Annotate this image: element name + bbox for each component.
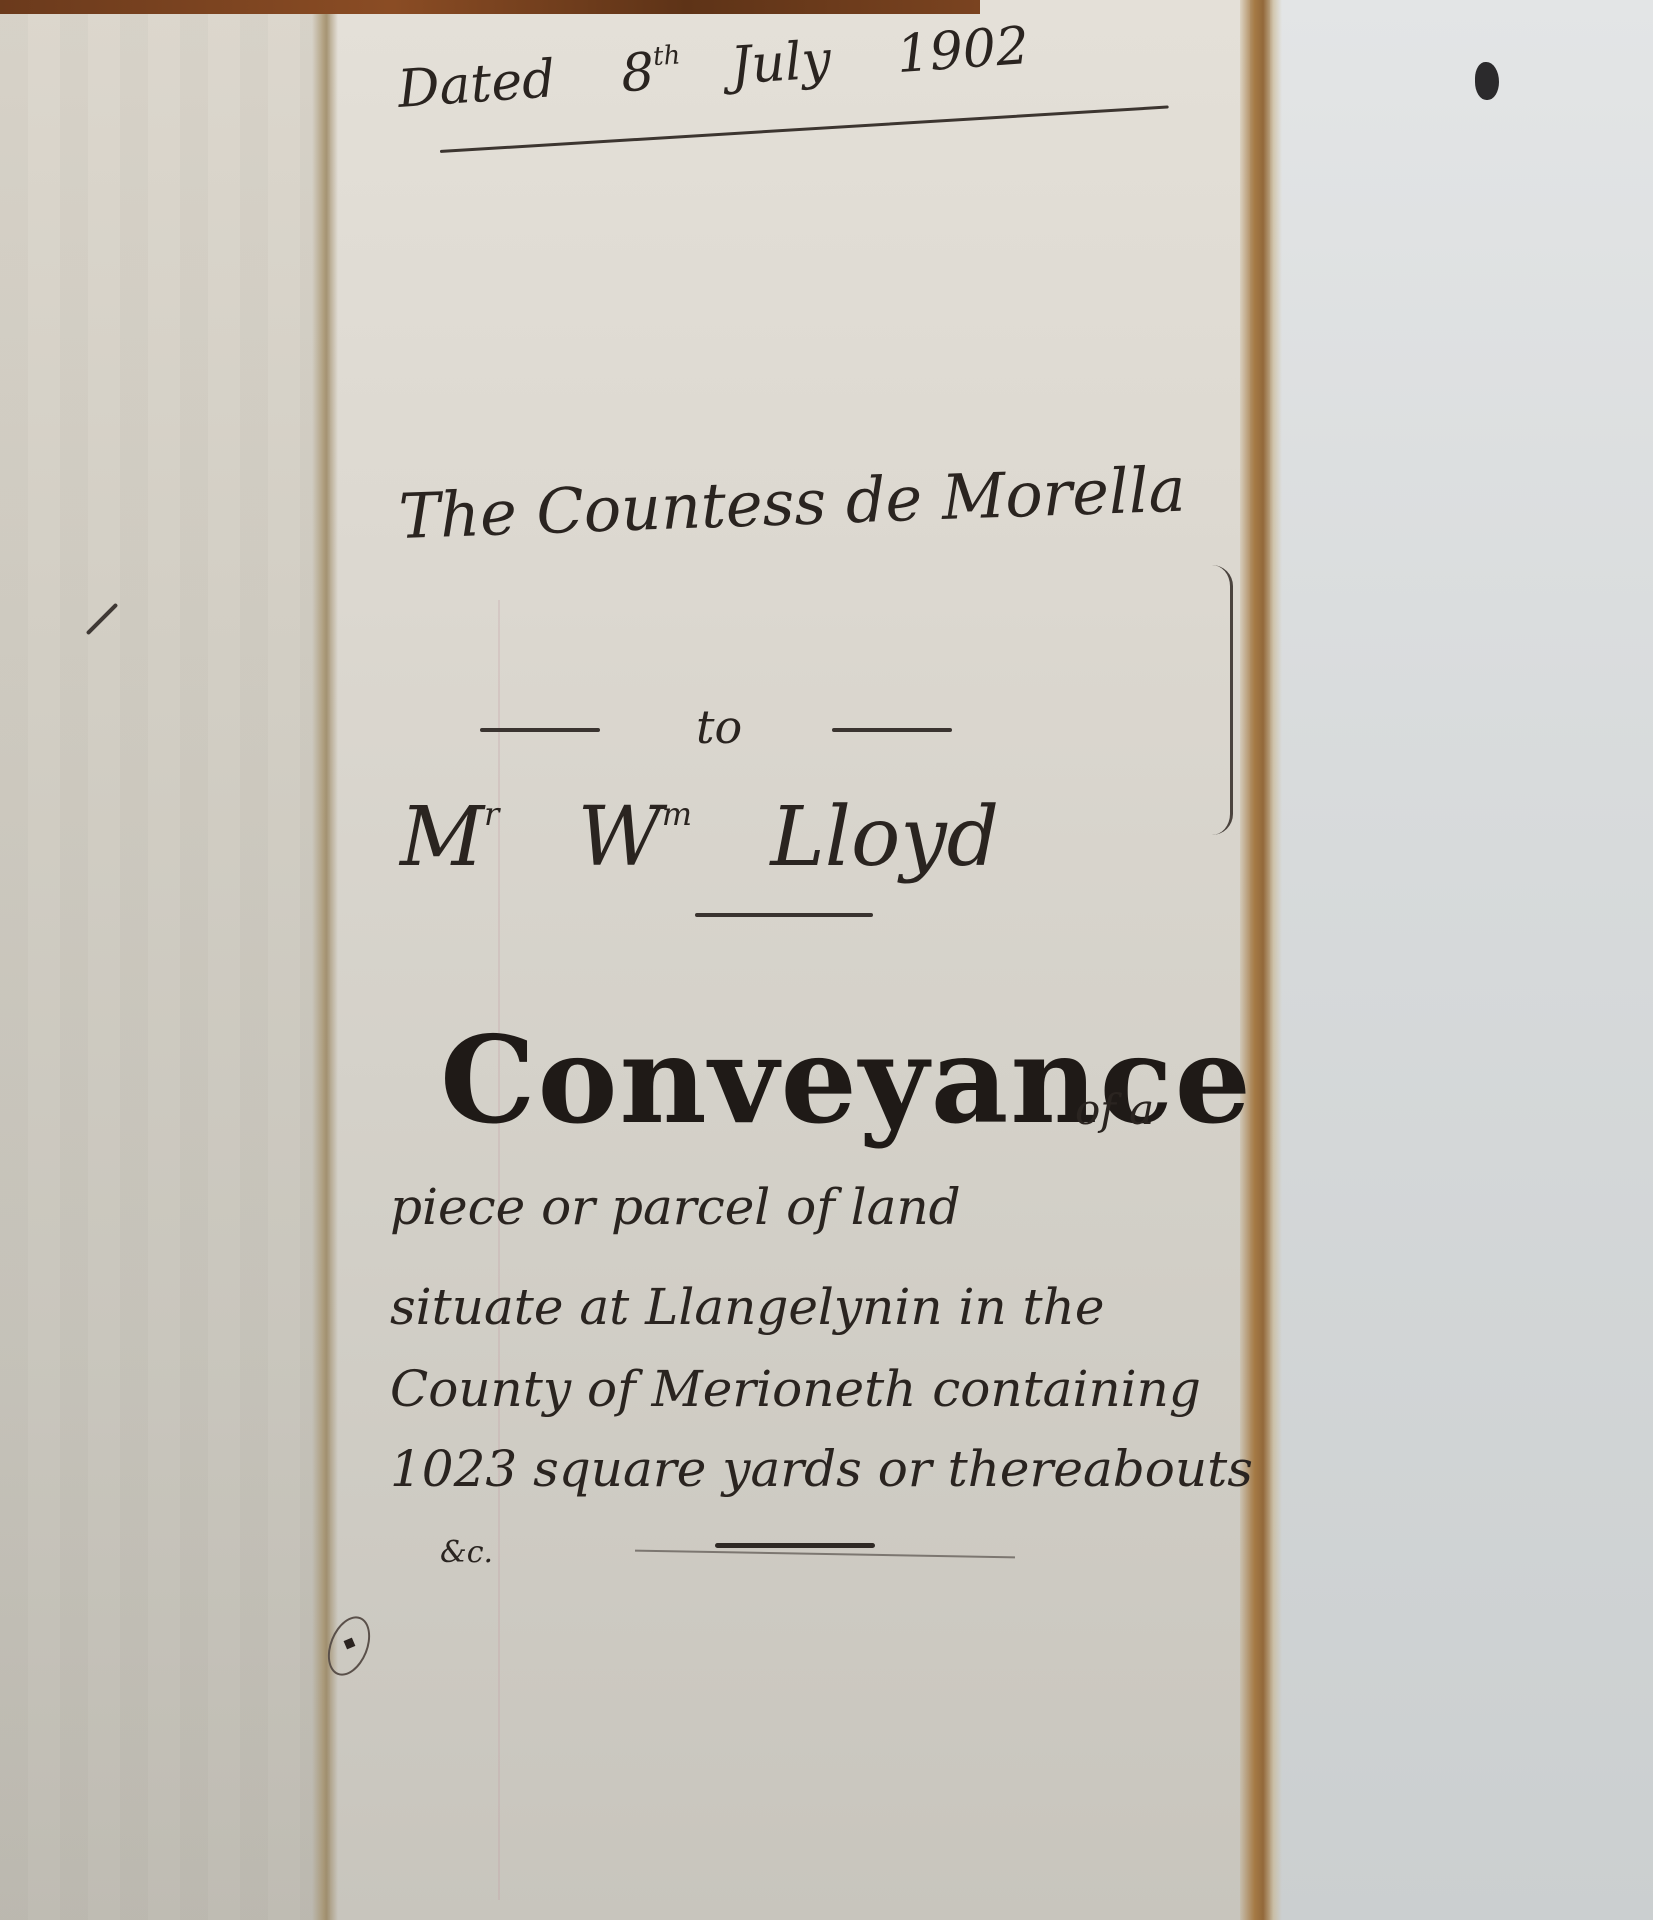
description-line-1: piece or parcel of land xyxy=(390,1178,961,1236)
deed-endorsement: Dated 8th July 1902 The Countess de More… xyxy=(0,0,1653,1920)
et-cetera-mark: &c. xyxy=(440,1535,493,1570)
parties-bracket xyxy=(1212,565,1233,835)
grantor-name: The Countess de Morella xyxy=(397,453,1186,553)
grantee-first-suffix: m xyxy=(662,795,692,833)
pencil-stroke-mark xyxy=(86,603,119,636)
grantee-name: Mr Wm Lloyd xyxy=(400,790,999,885)
description-line-3: County of Merioneth containing xyxy=(390,1360,1201,1418)
grantee-first: W xyxy=(577,790,661,885)
date-underline xyxy=(440,105,1169,153)
date-line: Dated 8th July 1902 xyxy=(396,16,1031,120)
dated-month: July xyxy=(729,30,833,97)
connector-line: to xyxy=(480,700,960,760)
oval-seal-mark-icon xyxy=(320,1610,378,1682)
wooden-table-edge xyxy=(0,0,980,14)
dated-prefix: Dated xyxy=(396,49,557,120)
description-line-2: situate at Llangelynin in the xyxy=(390,1278,1104,1336)
connector-word: to xyxy=(696,700,742,754)
grantee-surname: Lloyd xyxy=(770,790,999,885)
dated-year: 1902 xyxy=(895,16,1031,85)
description-line-4: 1023 square yards or thereabouts xyxy=(390,1440,1253,1498)
parties-rule xyxy=(695,913,873,917)
closing-rule xyxy=(715,1543,875,1548)
description-lead: of a xyxy=(1075,1085,1154,1134)
dated-day-suffix: th xyxy=(652,40,681,72)
dated-day: 8 xyxy=(619,42,656,104)
grantee-title: M xyxy=(400,790,484,885)
closing-rule-thin xyxy=(635,1550,1015,1559)
ink-blot-mark xyxy=(1475,62,1499,100)
grantee-title-suffix: r xyxy=(484,795,499,833)
dash-left xyxy=(480,728,600,732)
dash-right xyxy=(832,728,952,732)
